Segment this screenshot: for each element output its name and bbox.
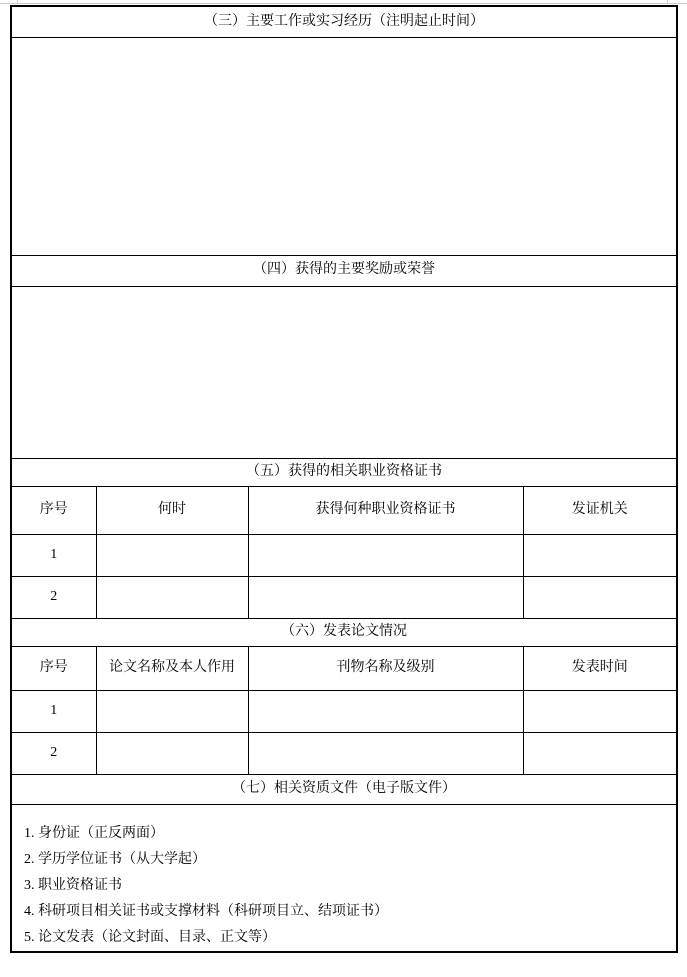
application-form-table: （三）主要工作或实习经历（注明起止时间） （四）获得的主要奖励或荣誉 （五）获得… <box>10 5 678 953</box>
gridline-remnant-horizontal <box>0 3 687 4</box>
s6-header-journal: 刊物名称及级别 <box>248 646 523 690</box>
s6-row1-journal-cell[interactable] <box>248 690 523 732</box>
s6-header-paper: 论文名称及本人作用 <box>96 646 248 690</box>
s6-row1-paper-cell[interactable] <box>96 690 248 732</box>
s5-row1-no: 1 <box>11 534 96 576</box>
attachment-list-item: 3. 职业资格证书 <box>24 873 666 899</box>
attachment-list-item: 1. 身份证（正反两面） <box>24 821 666 847</box>
s6-row1-no: 1 <box>11 690 96 732</box>
table-row: 2 <box>11 576 677 618</box>
s6-header-no: 序号 <box>11 646 96 690</box>
attachment-list-item: 2. 学历学位证书（从大学起） <box>24 847 666 873</box>
s5-row1-certificate-cell[interactable] <box>248 534 523 576</box>
s5-row2-certificate-cell[interactable] <box>248 576 523 618</box>
s6-row2-date-cell[interactable] <box>523 732 677 774</box>
s5-row2-when-cell[interactable] <box>96 576 248 618</box>
attachment-list-item: 4. 科研项目相关证书或支撑材料（科研项目立、结项证书） <box>24 899 666 925</box>
gridline-remnant-vertical-right <box>667 0 668 4</box>
table-row: 1 <box>11 534 677 576</box>
s5-header-when: 何时 <box>96 486 248 534</box>
section-5-title: （五）获得的相关职业资格证书 <box>11 458 677 486</box>
s6-row2-paper-cell[interactable] <box>96 732 248 774</box>
s6-header-date: 发表时间 <box>523 646 677 690</box>
s5-header-certificate: 获得何种职业资格证书 <box>248 486 523 534</box>
s5-row1-when-cell[interactable] <box>96 534 248 576</box>
table-row: 2 <box>11 732 677 774</box>
section-4-content-cell[interactable] <box>11 286 677 458</box>
s5-header-no: 序号 <box>11 486 96 534</box>
section-7-content-cell: 1. 身份证（正反两面） 2. 学历学位证书（从大学起） 3. 职业资格证书 4… <box>11 804 677 952</box>
s5-row2-no: 2 <box>11 576 96 618</box>
s5-row2-issuer-cell[interactable] <box>523 576 677 618</box>
s6-row2-no: 2 <box>11 732 96 774</box>
s6-row2-journal-cell[interactable] <box>248 732 523 774</box>
document-page: （三）主要工作或实习经历（注明起止时间） （四）获得的主要奖励或荣誉 （五）获得… <box>0 0 687 977</box>
section-4-title: （四）获得的主要奖励或荣誉 <box>11 255 677 286</box>
gridline-remnant-vertical-left <box>17 0 18 4</box>
table-row: 1 <box>11 690 677 732</box>
attachment-list-item: 5. 论文发表（论文封面、目录、正文等） <box>24 925 666 951</box>
section-3-content-cell[interactable] <box>11 37 677 255</box>
s5-header-issuer: 发证机关 <box>523 486 677 534</box>
section-3-title: （三）主要工作或实习经历（注明起止时间） <box>11 6 677 37</box>
s5-row1-issuer-cell[interactable] <box>523 534 677 576</box>
section-6-title: （六）发表论文情况 <box>11 618 677 646</box>
s6-row1-date-cell[interactable] <box>523 690 677 732</box>
section-7-title: （七）相关资质文件（电子版文件） <box>11 774 677 804</box>
